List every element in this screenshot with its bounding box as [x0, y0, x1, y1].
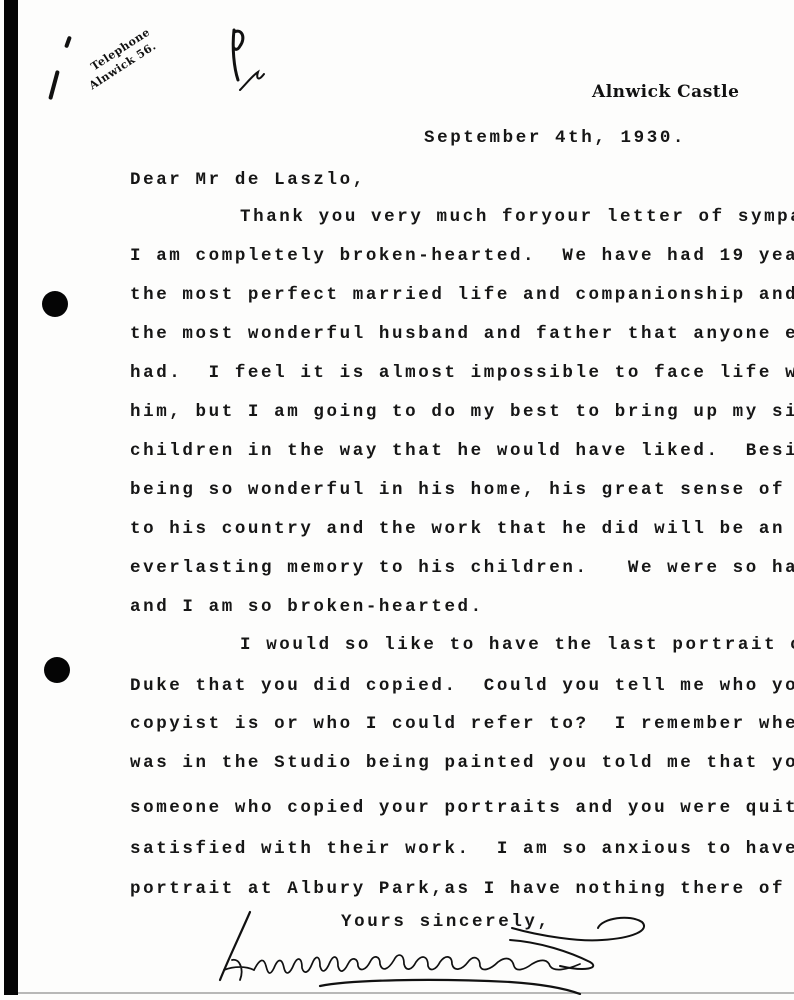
pen-mark [64, 36, 72, 49]
body-line: the most wonderful husband and father th… [130, 323, 794, 345]
body-line: someone who copied your portraits and yo… [130, 797, 794, 819]
handwritten-initials-mark [228, 28, 268, 92]
body-line: and I am so broken-hearted. [130, 596, 484, 618]
body-line: had. I feel it is almost impossible to f… [130, 362, 794, 384]
salutation: Dear Mr de Laszlo, [130, 169, 366, 191]
body-line: Thank you very much foryour letter of sy… [240, 206, 794, 228]
handwritten-signature [210, 900, 650, 995]
letter-page: Telephone Alnwick 56. Alnwick Castle Sep… [0, 0, 794, 1000]
body-line: children in the way that he would have l… [130, 440, 794, 462]
body-line: I would so like to have the last portrai… [240, 634, 794, 656]
body-line: I am completely broken-hearted. We have … [130, 245, 794, 267]
body-line: everlasting memory to his children. We w… [130, 557, 794, 579]
body-line: him, but I am going to do my best to bri… [130, 401, 794, 423]
telephone-stamp: Telephone Alnwick 56. [78, 25, 161, 94]
letterhead-address: Alnwick Castle [592, 82, 739, 102]
body-line: satisfied with their work. I am so anxio… [130, 838, 794, 860]
body-line: copyist is or who I could refer to? I re… [130, 713, 794, 735]
body-line: Duke that you did copied. Could you tell… [130, 675, 794, 697]
scan-border-left [4, 0, 18, 995]
pen-mark [48, 70, 60, 100]
punch-hole [44, 657, 70, 683]
punch-hole [42, 291, 68, 317]
letter-date: September 4th, 1930. [424, 127, 686, 149]
body-line: being so wonderful in his home, his grea… [130, 479, 794, 501]
body-line: portrait at Albury Park,as I have nothin… [130, 878, 794, 900]
body-line: to his country and the work that he did … [130, 518, 785, 540]
body-line: was in the Studio being painted you told… [130, 752, 794, 774]
body-line: the most perfect married life and compan… [130, 284, 794, 306]
